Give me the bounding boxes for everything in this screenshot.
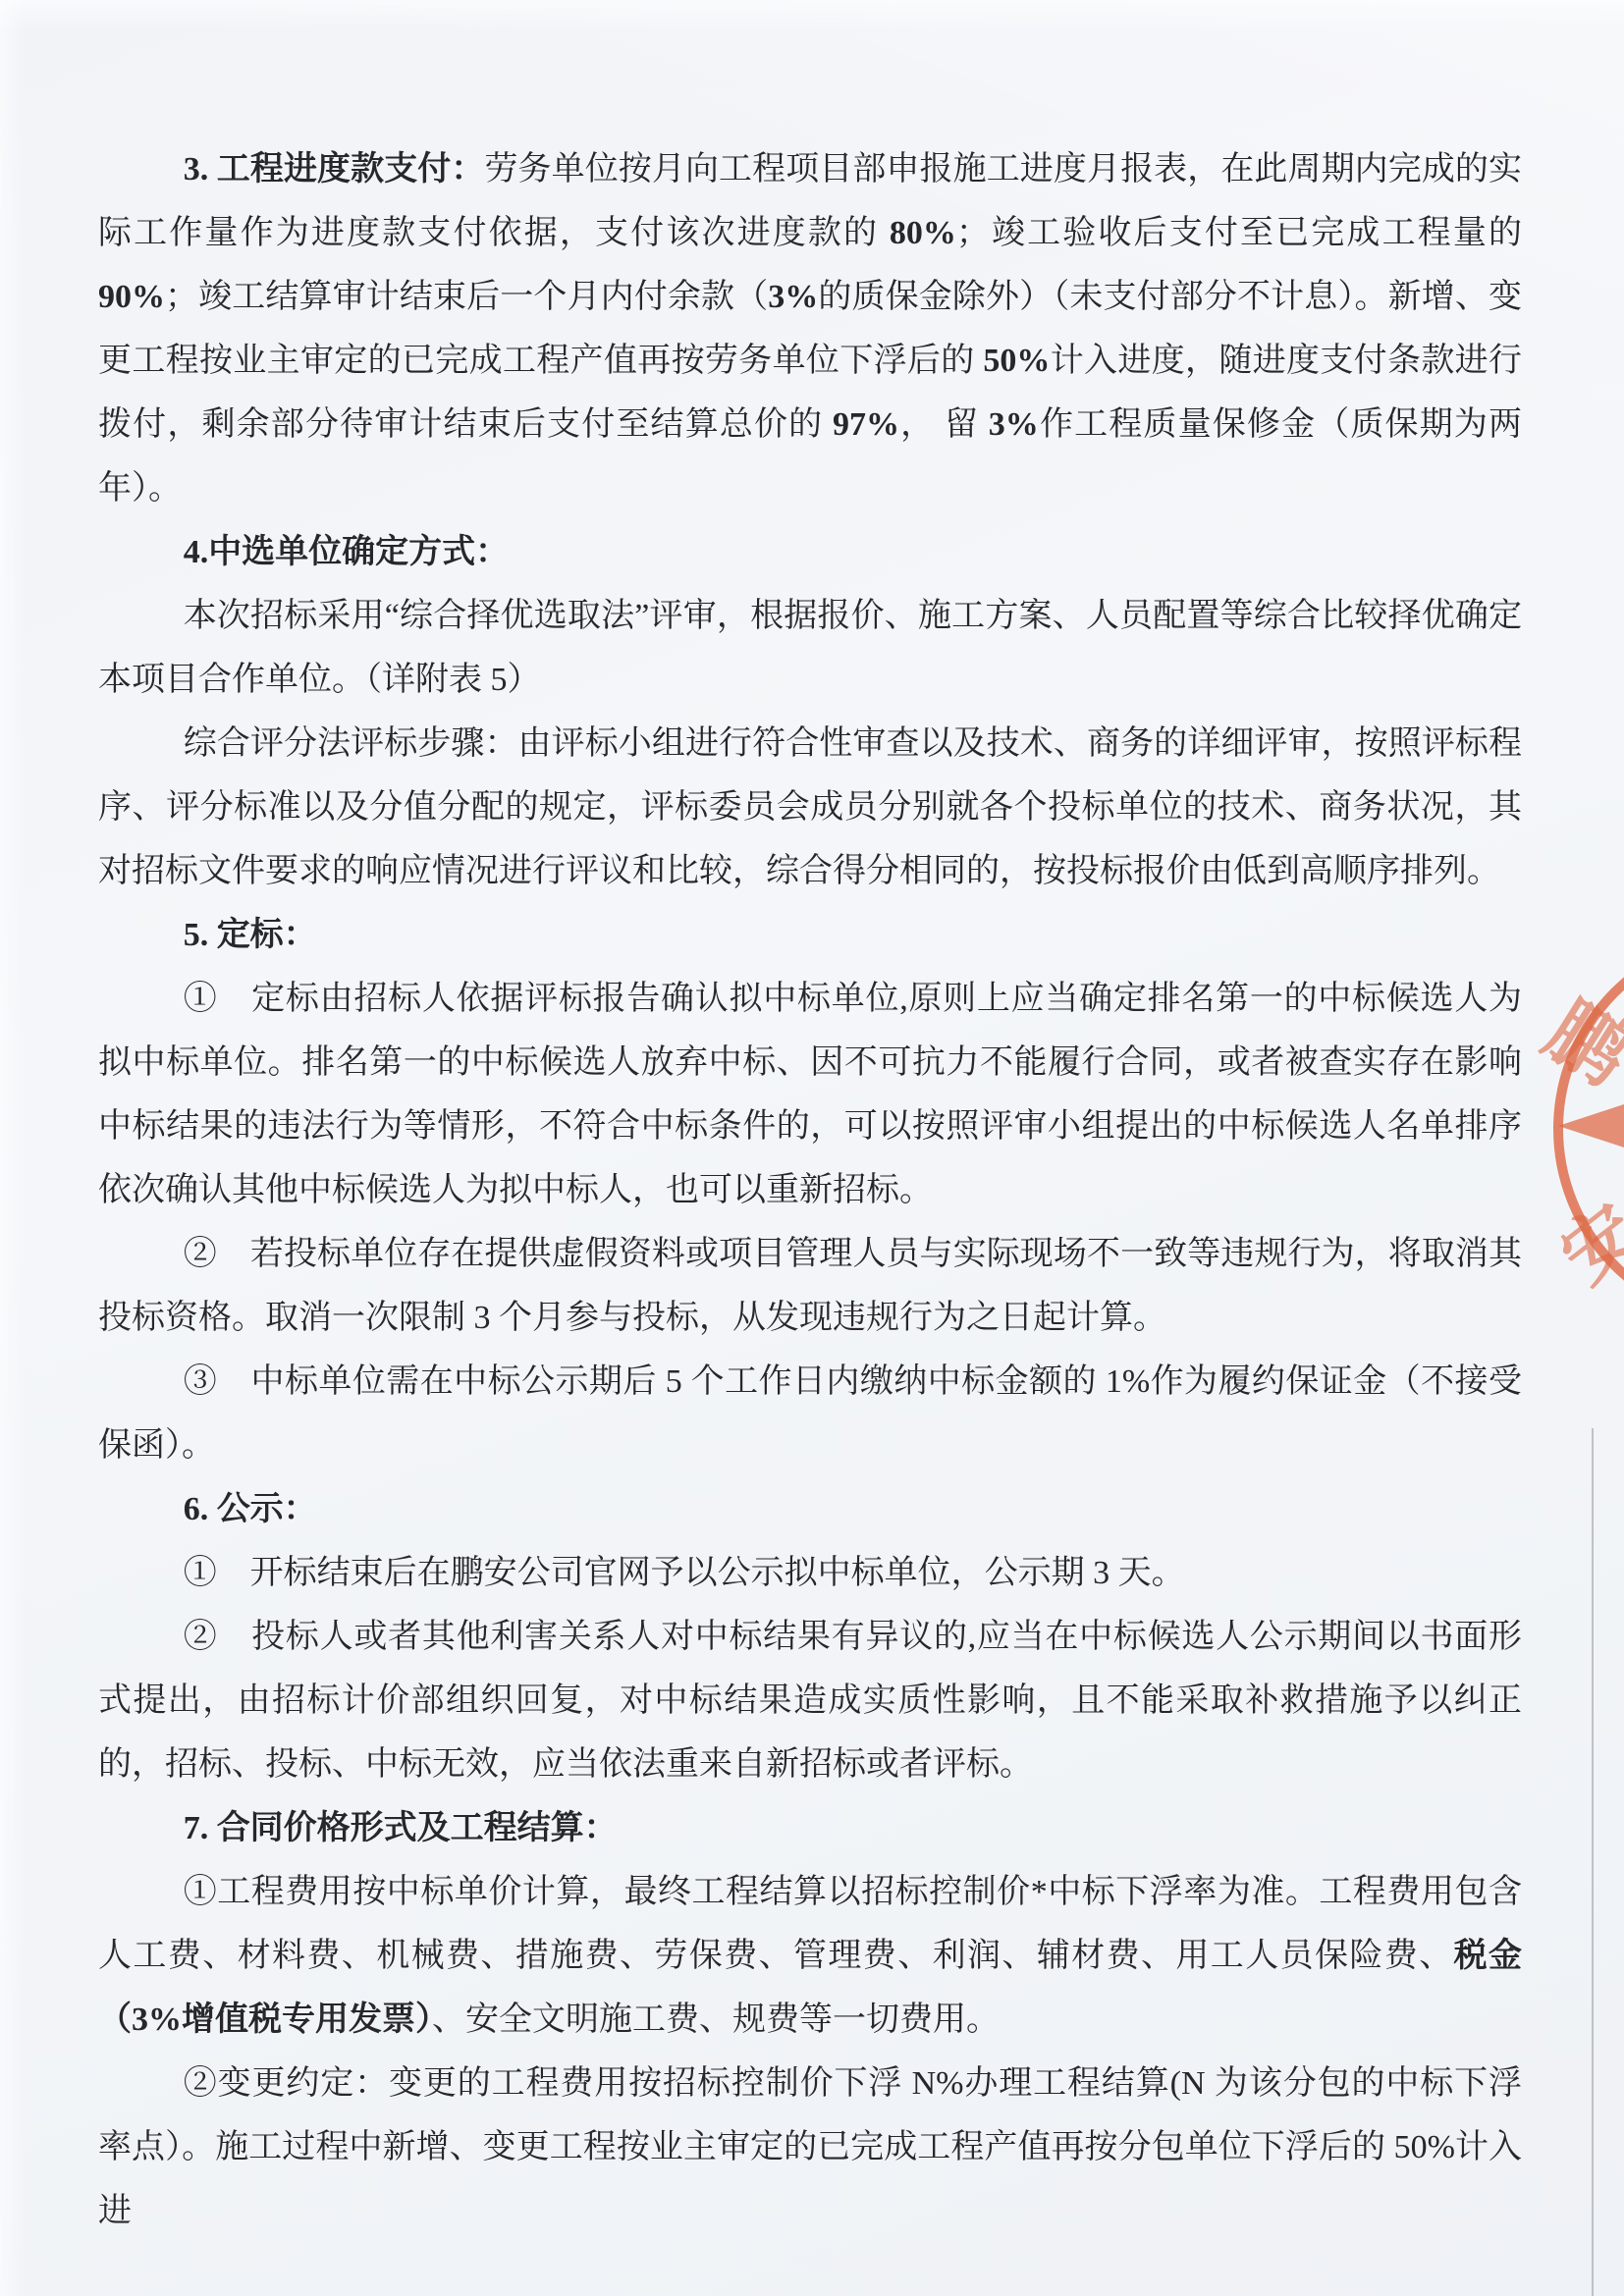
paragraph-11: ② 投标人或者其他利害关系人对中标结果有异议的,应当在中标候选人公示期间以书面形… xyxy=(98,1605,1522,1796)
text-run: 90% xyxy=(98,279,165,315)
paragraph-1: 3. 工程进度款支付：劳务单位按月向工程项目部申报施工进度月报表，在此周期内完成… xyxy=(98,137,1522,520)
text-run: ② 投标人或者其他利害关系人对中标结果有异议的,应当在中标候选人公示期间以书面形… xyxy=(98,1619,1522,1783)
red-seal-stamp: 鹏 安 xyxy=(1524,918,1624,1310)
paragraph-5: 5. 定标： xyxy=(98,903,1522,967)
text-run: 80% xyxy=(890,215,956,251)
text-run: ， 留 xyxy=(899,406,989,443)
paragraph-14: ②变更约定：变更的工程费用按招标控制价下浮 N%办理工程结算(N 为该分包的中标… xyxy=(98,2052,1522,2243)
document-body: 3. 工程进度款支付：劳务单位按月向工程项目部申报施工进度月报表，在此周期内完成… xyxy=(98,137,1522,2243)
paragraph-10: ① 开标结束后在鹏安公司官网予以公示拟中标单位，公示期 3 天。 xyxy=(98,1541,1522,1605)
paragraph-13: ①工程费用按中标单价计算，最终工程结算以招标控制价*中标下浮率为准。工程费用包含… xyxy=(98,1860,1522,2052)
text-run: 3. 工程进度款支付： xyxy=(184,151,485,187)
text-run: 7. 合同价格形式及工程结算： xyxy=(184,1810,618,1846)
paragraph-12: 7. 合同价格形式及工程结算： xyxy=(98,1796,1522,1860)
text-run: 本次招标采用“综合择优选取法”评审，根据报价、施工方案、人员配置等综合比较择优确… xyxy=(98,598,1522,698)
paragraph-7: ② 若投标单位存在提供虚假资料或项目管理人员与实际现场不一致等违规行为，将取消其… xyxy=(98,1222,1522,1350)
paragraph-6: ① 定标由招标人依据评标报告确认拟中标单位,原则上应当确定排名第一的中标候选人为… xyxy=(98,967,1522,1222)
text-run: ② 若投标单位存在提供虚假资料或项目管理人员与实际现场不一致等违规行为，将取消其… xyxy=(98,1236,1522,1336)
paragraph-8: ③ 中标单位需在中标公示期后 5 个工作日内缴纳中标金额的 1%作为履约保证金（… xyxy=(98,1350,1522,1477)
text-run: ① 定标由招标人依据评标报告确认拟中标单位,原则上应当确定排名第一的中标候选人为… xyxy=(98,981,1522,1208)
text-run: 3% xyxy=(989,406,1039,443)
paragraph-9: 6. 公示： xyxy=(98,1477,1522,1541)
text-run: 5. 定标： xyxy=(184,917,317,953)
text-run: 3% xyxy=(768,279,818,315)
text-run: 6. 公示： xyxy=(184,1491,317,1527)
text-run: 4.中选单位确定方式： xyxy=(184,534,510,570)
text-run: ①工程费用按中标单价计算，最终工程结算以招标控制价*中标下浮率为准。工程费用包含… xyxy=(98,1874,1522,1974)
text-run: ；竣工验收后支付至已完成工程量的 xyxy=(956,215,1522,251)
text-run: 、安全文明施工费、规费等一切费用。 xyxy=(432,2002,1000,2038)
text-run: ②变更约定：变更的工程费用按招标控制价下浮 N%办理工程结算(N 为该分包的中标… xyxy=(98,2065,1522,2229)
text-run: ③ 中标单位需在中标公示期后 5 个工作日内缴纳中标金额的 1%作为履约保证金（… xyxy=(98,1363,1522,1464)
text-run: ；竣工结算审计结束后一个月内付余款（ xyxy=(165,279,768,315)
paragraph-2: 4.中选单位确定方式： xyxy=(98,520,1522,584)
text-run: 50% xyxy=(983,343,1050,379)
paragraph-3: 本次招标采用“综合择优选取法”评审，根据报价、施工方案、人员配置等综合比较择优确… xyxy=(98,584,1522,712)
scanned-page: 3. 工程进度款支付：劳务单位按月向工程项目部申报施工进度月报表，在此周期内完成… xyxy=(0,0,1624,2296)
text-run: 综合评分法评标步骤：由评标小组进行符合性审查以及技术、商务的详细评审，按照评标程… xyxy=(98,725,1522,889)
text-run: ① 开标结束后在鹏安公司官网予以公示拟中标单位，公示期 3 天。 xyxy=(184,1555,1185,1591)
seal-character-fragment: 安 xyxy=(1547,1191,1624,1299)
scan-page-edge-line xyxy=(1592,1428,1594,2296)
paragraph-4: 综合评分法评标步骤：由评标小组进行符合性审查以及技术、商务的详细评审，按照评标程… xyxy=(98,712,1522,903)
text-run: 97% xyxy=(833,406,899,443)
